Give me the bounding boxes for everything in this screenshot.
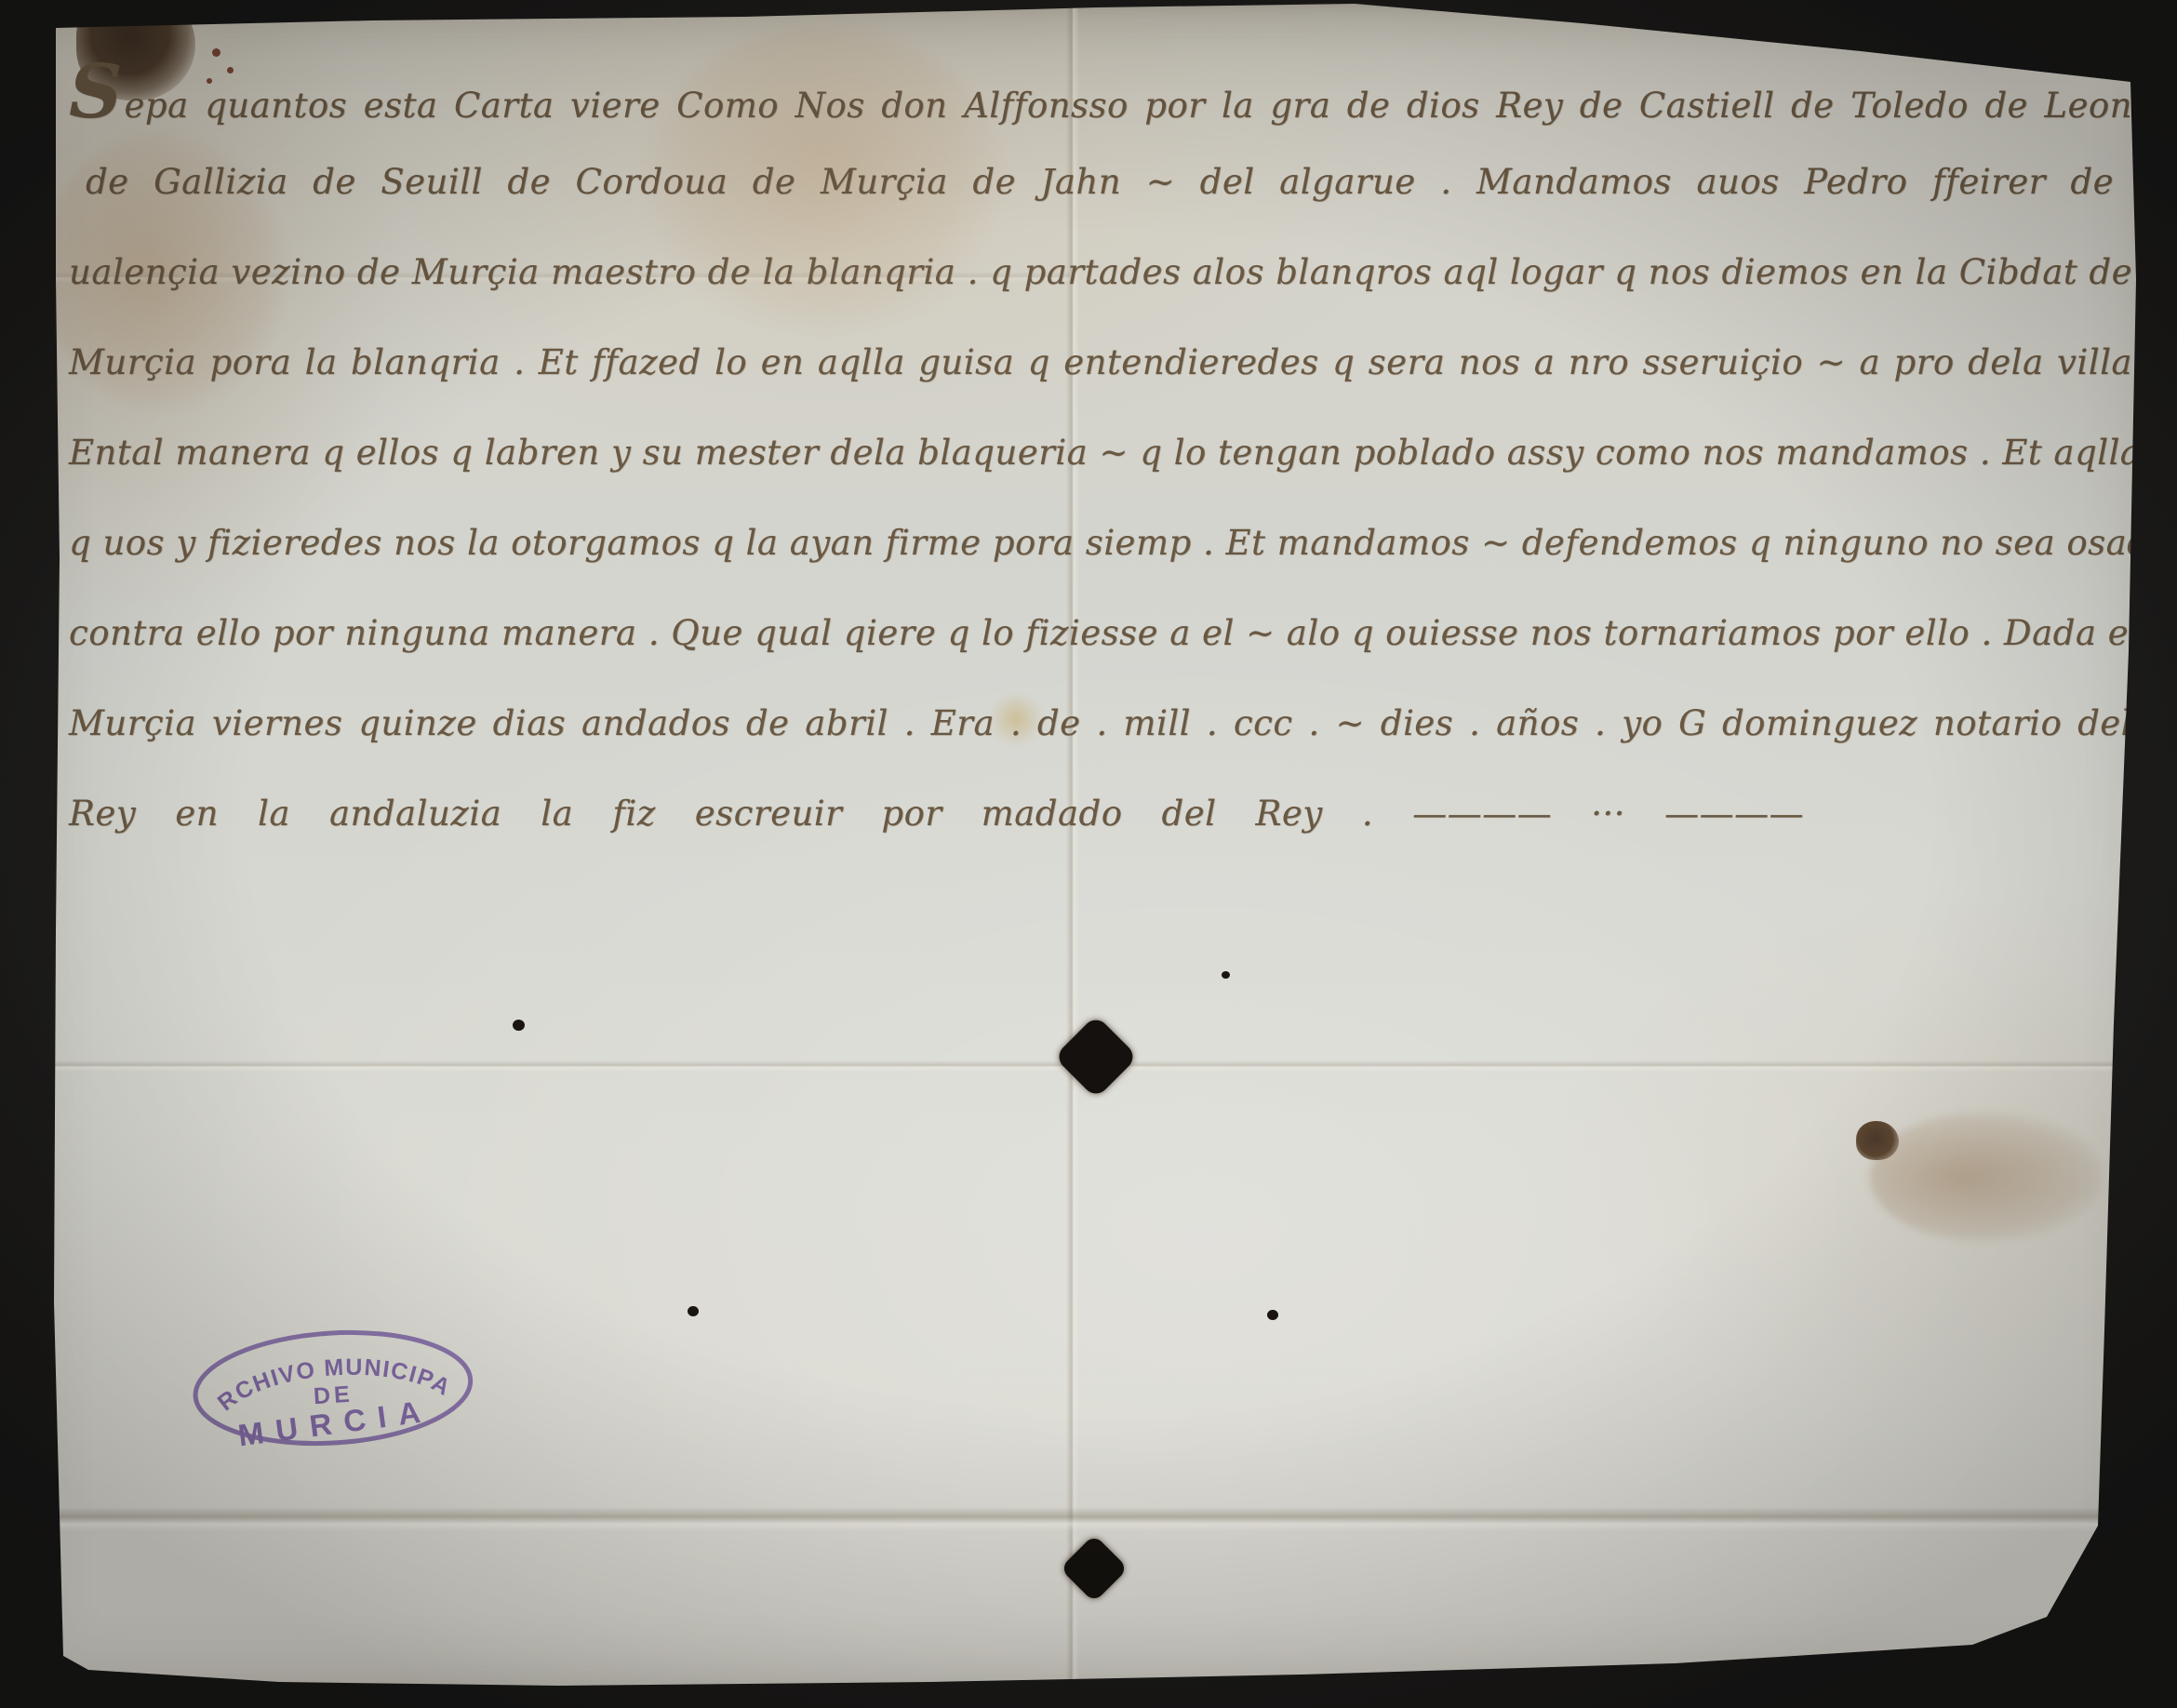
archive-stamp: ARCHIVO MUNICIPAL DE MURCIA (185, 1320, 480, 1461)
sealing-hole-bottom (1060, 1534, 1129, 1603)
manuscript-line: Murçia pora la blanqria . Et ffazed lo e… (69, 317, 2132, 407)
manuscript-line: Ental manera q ellos q labren y su meste… (69, 407, 2132, 498)
sealing-hole-center (1054, 1015, 1139, 1100)
manuscript-line: Murçia viernes quinze dias andados de ab… (69, 678, 2132, 768)
manuscript-line: Sepa quantos esta Carta viere Como Nos d… (69, 47, 2132, 137)
stain-right-core (1856, 1121, 1899, 1160)
manuscript-line: q uos y fizieredes nos la otorgamos q la… (69, 498, 2132, 588)
manuscript-line: ualençia vezino de Murçia maestro de la … (69, 227, 2132, 317)
manuscript-line: Rey en la andaluzia la fiz escreuir por … (69, 768, 1804, 859)
ink-speck (1267, 1310, 1278, 1320)
ink-speck (688, 1306, 699, 1316)
parchment-document: Sepa quantos esta Carta viere Como Nos d… (0, 0, 2177, 1708)
plica-fold-line (0, 1507, 2177, 1531)
photo-background: Sepa quantos esta Carta viere Como Nos d… (0, 0, 2177, 1708)
manuscript-line: contra ello por ninguna manera . Que qua… (69, 588, 2132, 678)
manuscript-text: Sepa quantos esta Carta viere Como Nos d… (69, 47, 2132, 859)
ink-speck (513, 1020, 525, 1031)
ink-speck (1222, 971, 1230, 979)
archive-stamp-graphic: ARCHIVO MUNICIPAL DE MURCIA (185, 1320, 480, 1461)
stain-right (1870, 1112, 2103, 1242)
manuscript-line: de Gallizia de Seuill de Cordoua de Murç… (69, 137, 2114, 227)
